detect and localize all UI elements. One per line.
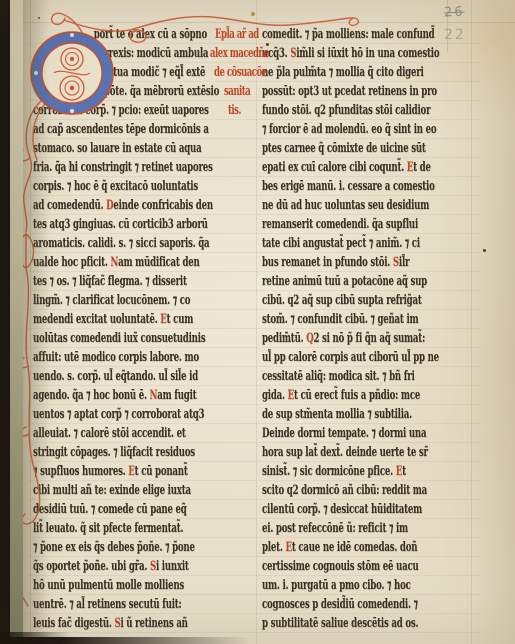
text-line: uentos ⁊ aptat corp̃ ⁊ corroborat atq3 bbox=[33, 405, 284, 424]
text-line: agendo. q̃a ⁊ hoc bonū ē. Nam fugit bbox=[33, 386, 284, 405]
text-line: ⁊ p̃one ex eis q̃s debes p̃oñe. ⁊ p̃one bbox=[33, 538, 284, 557]
text-line: cognosces p desid̃iū comedendi. ⁊ bbox=[262, 595, 513, 614]
ink-text: hō unū pulmentū molle molliens bbox=[33, 578, 184, 593]
text-line: ul̃ pp calorē corpis aut ciborū ul̃ pp n… bbox=[262, 348, 513, 367]
ink-text: t bbox=[402, 464, 406, 479]
ink-text: fria. q̃a hi constringit ⁊ retinet uapor… bbox=[33, 160, 213, 175]
text-line: de sup stm̃enta mollia ⁊ subtilia. bbox=[262, 405, 513, 424]
ink-text: il̃r bbox=[399, 255, 409, 270]
ink-text: cognosces p desid̃iū comedendi. ⁊ bbox=[262, 597, 418, 612]
text-line: scito q2 dormicō añ cibū: reddit ma bbox=[262, 481, 513, 500]
ink-text: agendo. q̃a ⁊ hoc bonū ē. bbox=[33, 388, 150, 403]
ink-text: scito q2 dormicō añ cibū: reddit ma bbox=[262, 483, 427, 498]
text-line: fria. q̃a hi constringit ⁊ retinet uapor… bbox=[33, 158, 284, 177]
text-line: ne dū ad huc uoluntas seu desidium bbox=[262, 196, 513, 215]
gutter-shadow bbox=[23, 0, 49, 644]
ink-text: tes atq3 gingiuas. cū corticib3 arborū bbox=[33, 217, 208, 232]
binding-edge bbox=[0, 0, 10, 644]
ink-text: pedim̃tū. bbox=[262, 331, 306, 346]
rubric-title-line: de cōsuacōe bbox=[214, 63, 267, 82]
ink-text: epati ex cuī calore cibi coqunt̃. bbox=[262, 160, 407, 175]
ink-text: tes ⁊ os. ⁊ liq̃fac̃ flegma. ⁊ disserit bbox=[33, 274, 187, 289]
ink-text: Deinde dormi tempate. ⁊ dormi una bbox=[262, 426, 426, 441]
text-line: epati ex cuī calore cibi coqunt̃. Et de bbox=[262, 158, 513, 177]
text-line: aromaticis. calidi. s. ⁊ sicci saporis. … bbox=[33, 234, 284, 253]
text-line: pedim̃tū. Q2 si nō p̃ fi q̃n aq̃ sumat̃: bbox=[262, 329, 513, 348]
text-line: cibū. q2 aq̃ sup cibū supta refrig̃at bbox=[262, 291, 513, 310]
text-line: plet. Et caue ne idē comedas. doñ bbox=[262, 538, 513, 557]
text-line: cibi multi añ te: exinde elige iuxta bbox=[33, 481, 284, 500]
ink-text: de sup stm̃enta mollia ⁊ subtilia. bbox=[262, 407, 412, 422]
text-line: Deinde dormi tempate. ⁊ dormi una bbox=[262, 424, 513, 443]
ink-speck bbox=[266, 43, 269, 46]
rubricated-capital: D bbox=[106, 198, 113, 213]
text-line: bus remanet in pfundo stōi. Sil̃r bbox=[262, 253, 513, 272]
ink-text: stom̃. ⁊ confundit cibū. ⁊ geñat im bbox=[262, 312, 418, 327]
ink-text: plet. bbox=[262, 540, 285, 555]
ink-text: einde confricabis den bbox=[113, 198, 212, 213]
ink-text: medendi excitat uoluntatē. bbox=[33, 312, 160, 327]
text-column-left: port̃ te o alex cū a sōpnosurrexis: modi… bbox=[33, 25, 284, 633]
ink-text: ad cap̃ ascendentes tēpe dormicōnis a bbox=[33, 122, 209, 137]
ink-text: corroborat corp̃. ⁊ pcio: exeūt uapores bbox=[33, 103, 209, 118]
ink-text: cibi multi añ te: exinde elige iuxta bbox=[33, 483, 191, 498]
ink-text: fundo stōi. q2 pfunditas stōi calidior bbox=[262, 103, 430, 118]
text-line: uolūtas comedendi iux̃ consuetudinis bbox=[33, 329, 284, 348]
text-line: cessitatē aliq̃: modica sit. ⁊ bñ fri bbox=[262, 367, 513, 386]
text-line: ei. post refeccōnē ũ: reficit ⁊ im bbox=[262, 519, 513, 538]
ink-text: re. ⁊ memb̃ tua modic̃ ⁊ eq̃l̃ extē bbox=[59, 65, 205, 80]
ink-text: t cū erect̃ fuis a pñdio: mce bbox=[294, 388, 420, 403]
ink-text: stomaco. so lauare in estate cū aqua bbox=[33, 141, 201, 156]
ink-text: certissime cognouis stōm eē uacu bbox=[262, 559, 419, 574]
text-line: stom̃. ⁊ confundit cibū. ⁊ geñat im bbox=[262, 310, 513, 329]
ink-text: uolūtas comedendi iux̃ consuetudinis bbox=[33, 331, 205, 346]
ink-text: cibū. q2 aq̃ sup cibū supta refrig̃at bbox=[262, 293, 422, 308]
ink-text: de. ⁊ caput pōte. q̃a mēbrorū extēsio bbox=[51, 84, 219, 99]
text-line: bes erigē manū. i. cessare a comestio bbox=[262, 177, 513, 196]
ink-text: ei. post refeccōnē ũ: reficit ⁊ im bbox=[262, 521, 408, 536]
ink-text: affuit: utē modico corpis labore. mo bbox=[33, 350, 199, 365]
ink-text: am fugit bbox=[157, 388, 196, 403]
ink-speck bbox=[483, 249, 486, 252]
ink-text: t cū ponant̃ bbox=[135, 464, 188, 479]
text-line: remanserit comedendi. q̃a supflui bbox=[262, 215, 513, 234]
text-line: ucq̃3. Sim̃li si iūxit hō in una comesti… bbox=[262, 44, 513, 63]
text-line: ⁊ forcior ē ad molendū. eo q̃ sint in eo bbox=[262, 120, 513, 139]
rubric-title-line: Epl̃a ar̃ ad bbox=[215, 25, 259, 44]
ink-text: comedit. ⁊ p̃a molliens: male confund̃ bbox=[262, 27, 434, 42]
rubricated-capital: Q bbox=[306, 331, 313, 346]
ink-text: t cum bbox=[167, 312, 194, 327]
rubric-title-line: sanita bbox=[224, 82, 250, 101]
ink-text: alleuiat. ⁊ calorē stōi accendit. et bbox=[33, 426, 186, 441]
text-line: uendo. s. corp̃. ul̃ eq̃tando. ul̃ sil̃e… bbox=[33, 367, 284, 386]
rubric-title-line: alex macedñe bbox=[210, 44, 269, 63]
ink-text: ne p̃la pulm̃ta ⁊ mollia q̃ cito digeri bbox=[262, 65, 424, 80]
ink-text: i iunxit bbox=[156, 559, 189, 574]
ink-text: hora sup lat̃ dext̃. deinde uerte te sr̃ bbox=[262, 445, 428, 460]
manuscript-page: port̃ te o alex cū a sōpnosurrexis: modi… bbox=[0, 0, 515, 644]
ink-text: bus remanet in pfundo stōi. bbox=[262, 255, 393, 270]
text-line: tes ⁊ os. ⁊ liq̃fac̃ flegma. ⁊ disserit bbox=[33, 272, 284, 291]
text-line: stringit cōpages. ⁊ liq̃facit residuos bbox=[33, 443, 284, 462]
text-line: retine animū tuū a potacōne aq̃ sup bbox=[262, 272, 513, 291]
ink-text: ne dū ad huc uoluntas seu desidium bbox=[262, 198, 429, 213]
text-line: hō unū pulmentū molle molliens bbox=[33, 576, 284, 595]
text-line: ⁊ supfluos humores. Et cū ponant̃ bbox=[33, 462, 284, 481]
ink-text: tate cibi angustat̃ pect̃ ⁊ anim̃. ⁊ ci bbox=[262, 236, 420, 251]
text-line: possūt: opt3 ut pcedat retinens in pro bbox=[262, 82, 513, 101]
text-line: lit̃ leuato. q̃ sit pfecte fermentat̃. bbox=[33, 519, 284, 538]
ink-text: q̃s oportet p̃oñe. ubi gr̃a. bbox=[33, 559, 150, 574]
ink-text: lingm̃. ⁊ clarificat locucōnem. ⁊ co bbox=[33, 293, 190, 308]
ink-text: ptes carnee q̃ cōmixte de uicine sūt bbox=[262, 141, 426, 156]
text-line: ualde hoc pficit. Nam mūdificat den bbox=[33, 253, 284, 272]
ink-text: 2 si nō p̃ fi q̃n aq̃ sumat̃: bbox=[313, 331, 425, 346]
text-line: tes atq3 gingiuas. cū corticib3 arborū bbox=[33, 215, 284, 234]
ink-text: uentrē. ⁊ al̃ retinens secutū fuit: bbox=[33, 597, 182, 612]
ink-text: port̃ te o alex cū a sōpno bbox=[94, 27, 207, 42]
rubricated-capital: N bbox=[150, 388, 158, 403]
text-line: hora sup lat̃ dext̃. deinde uerte te sr̃ bbox=[262, 443, 513, 462]
text-line: sinist̃. ⁊ sic dormicōne pfice. Et bbox=[262, 462, 513, 481]
rubricated-capital: N bbox=[110, 255, 118, 270]
text-line: stomaco. so lauare in estate cū aqua bbox=[33, 139, 284, 158]
ink-text: ⁊ p̃one ex eis q̃s debes p̃oñe. ⁊ p̃one bbox=[33, 540, 195, 555]
text-line: desidiū tuū. ⁊ comede cū pane eq̃ bbox=[33, 500, 284, 519]
text-line: corroborat corp̃. ⁊ pcio: exeūt uapores bbox=[33, 101, 284, 120]
text-line: um. i. purgatū a pmo cibo. ⁊ hoc bbox=[262, 576, 513, 595]
ink-text: im̃li si iūxit hō in una comestio bbox=[296, 46, 439, 61]
text-line: alleuiat. ⁊ calorē stōi accendit. et bbox=[33, 424, 284, 443]
ink-text: uentos ⁊ aptat corp̃ ⁊ corroborat atq3 bbox=[33, 407, 204, 422]
ink-text: stringit cōpages. ⁊ liq̃facit residuos bbox=[33, 445, 195, 460]
text-line: tate cibi angustat̃ pect̃ ⁊ anim̃. ⁊ ci bbox=[262, 234, 513, 253]
page-fore-edge bbox=[10, 0, 23, 644]
text-line: ptes carnee q̃ cōmixte de uicine sūt bbox=[262, 139, 513, 158]
folio-number-old: 26 bbox=[444, 4, 465, 20]
ink-text: am mūdificat den bbox=[118, 255, 199, 270]
ink-text: desidiū tuū. ⁊ comede cū pane eq̃ bbox=[33, 502, 187, 517]
ink-text: corpis. ⁊ hoc ē q̃ excitacō uoluntatis bbox=[33, 179, 198, 194]
ink-text: remanserit comedendi. q̃a supflui bbox=[262, 217, 418, 232]
ink-text: bes erigē manū. i. cessare a comestio bbox=[262, 179, 435, 194]
text-line: uentrē. ⁊ al̃ retinens secutū fuit: bbox=[33, 595, 284, 614]
photo-edge-bottom-corner bbox=[0, 632, 70, 644]
text-line: leuis fac̃ digestū. Si ũ retinens añ bbox=[33, 614, 284, 633]
ink-text: t caue ne idē comedas. doñ bbox=[292, 540, 417, 555]
ink-text: cilentū corp̃. ⁊ desiccat hūiditatem bbox=[262, 502, 422, 517]
ink-text: uendo. s. corp̃. ul̃ eq̃tando. ul̃ sil̃e… bbox=[33, 369, 198, 384]
text-line: certissime cognouis stōm eē uacu bbox=[262, 557, 513, 576]
ruling-line-top bbox=[0, 22, 515, 23]
ink-text: retine animū tuū a potacōne aq̃ sup bbox=[262, 274, 427, 289]
text-line: p subtilitatē saliue descētis ad os. bbox=[262, 614, 513, 633]
text-line: gida. Et cū erect̃ fuis a pñdio: mce bbox=[262, 386, 513, 405]
ink-text: cessitatē aliq̃: modica sit. ⁊ bñ fri bbox=[262, 369, 415, 384]
ink-text: aromaticis. calidi. s. ⁊ sicci saporis. … bbox=[33, 236, 209, 251]
wax-speck bbox=[251, 12, 255, 16]
text-line: lingm̃. ⁊ clarificat locucōnem. ⁊ co bbox=[33, 291, 284, 310]
ink-text: um. i. purgatū a pmo cibo. ⁊ hoc bbox=[262, 578, 411, 593]
ink-text: t de bbox=[413, 160, 431, 175]
text-line: comedit. ⁊ p̃a molliens: male confund̃ bbox=[262, 25, 513, 44]
text-line: ad comedendū. Deinde confricabis den bbox=[33, 196, 284, 215]
ink-text: ⁊ forcior ē ad molendū. eo q̃ sint in eo bbox=[262, 122, 436, 137]
rubric-title-line: tis. bbox=[228, 101, 241, 120]
text-line: ne p̃la pulm̃ta ⁊ mollia q̃ cito digeri bbox=[262, 63, 513, 82]
ink-text: ul̃ pp calorē corpis aut ciborū ul̃ pp n… bbox=[262, 350, 439, 365]
ink-text: surrexis: modicū ambula bbox=[94, 46, 209, 61]
ink-text: i ũ retinens añ bbox=[120, 616, 187, 631]
ink-text: possūt: opt3 ut pcedat retinens in pro bbox=[262, 84, 437, 99]
text-line: q̃s oportet p̃oñe. ubi gr̃a. Si iunxit bbox=[33, 557, 284, 576]
ink-text: sinist̃. ⁊ sic dormicōne pfice. bbox=[262, 464, 396, 479]
ink-text: lit̃ leuato. q̃ sit pfecte fermentat̃. bbox=[33, 521, 183, 536]
text-line: ad cap̃ ascendentes tēpe dormicōnis a bbox=[33, 120, 284, 139]
text-line: medendi excitat uoluntatē. Et cum bbox=[33, 310, 284, 329]
text-line: fundo stōi. q2 pfunditas stōi calidior bbox=[262, 101, 513, 120]
folio-number-new: 22 bbox=[444, 27, 466, 43]
text-line: affuit: utē modico corpis labore. mo bbox=[33, 348, 284, 367]
ink-text: gida. bbox=[262, 388, 288, 403]
text-line: cilentū corp̃. ⁊ desiccat hūiditatem bbox=[262, 500, 513, 519]
ink-text: p subtilitatē saliue descētis ad os. bbox=[262, 616, 418, 631]
text-column-right: comedit. ⁊ p̃a molliens: male confund̃uc… bbox=[262, 25, 513, 633]
text-line: corpis. ⁊ hoc ē q̃ excitacō uoluntatis bbox=[33, 177, 284, 196]
